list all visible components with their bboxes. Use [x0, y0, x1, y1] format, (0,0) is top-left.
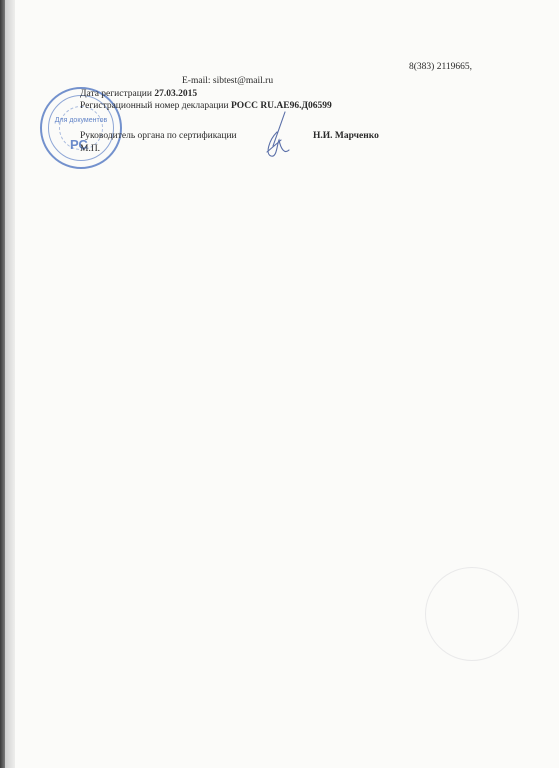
head-label: Руководитель органа по сертификации: [80, 131, 237, 142]
signature-icon: [255, 110, 305, 162]
faint-stamp-mark: [425, 567, 519, 661]
registration-number-label: Регистрационный номер декларации: [80, 101, 229, 111]
registration-date: Дата регистрации 27.03.2015: [80, 89, 197, 100]
document-page: 8(383) 2119665, E-mail: sibtest@mail.ru …: [0, 0, 559, 768]
registration-date-label: Дата регистрации: [80, 89, 152, 99]
head-name: Н.И. Марченко: [313, 131, 379, 142]
stamp-center-text: Для документов: [42, 117, 120, 125]
phone-number: 8(383) 2119665,: [409, 62, 472, 73]
email-line: E-mail: sibtest@mail.ru: [182, 76, 273, 87]
registration-date-value: 27.03.2015: [154, 89, 197, 99]
seal-label: М.П.: [80, 144, 100, 155]
